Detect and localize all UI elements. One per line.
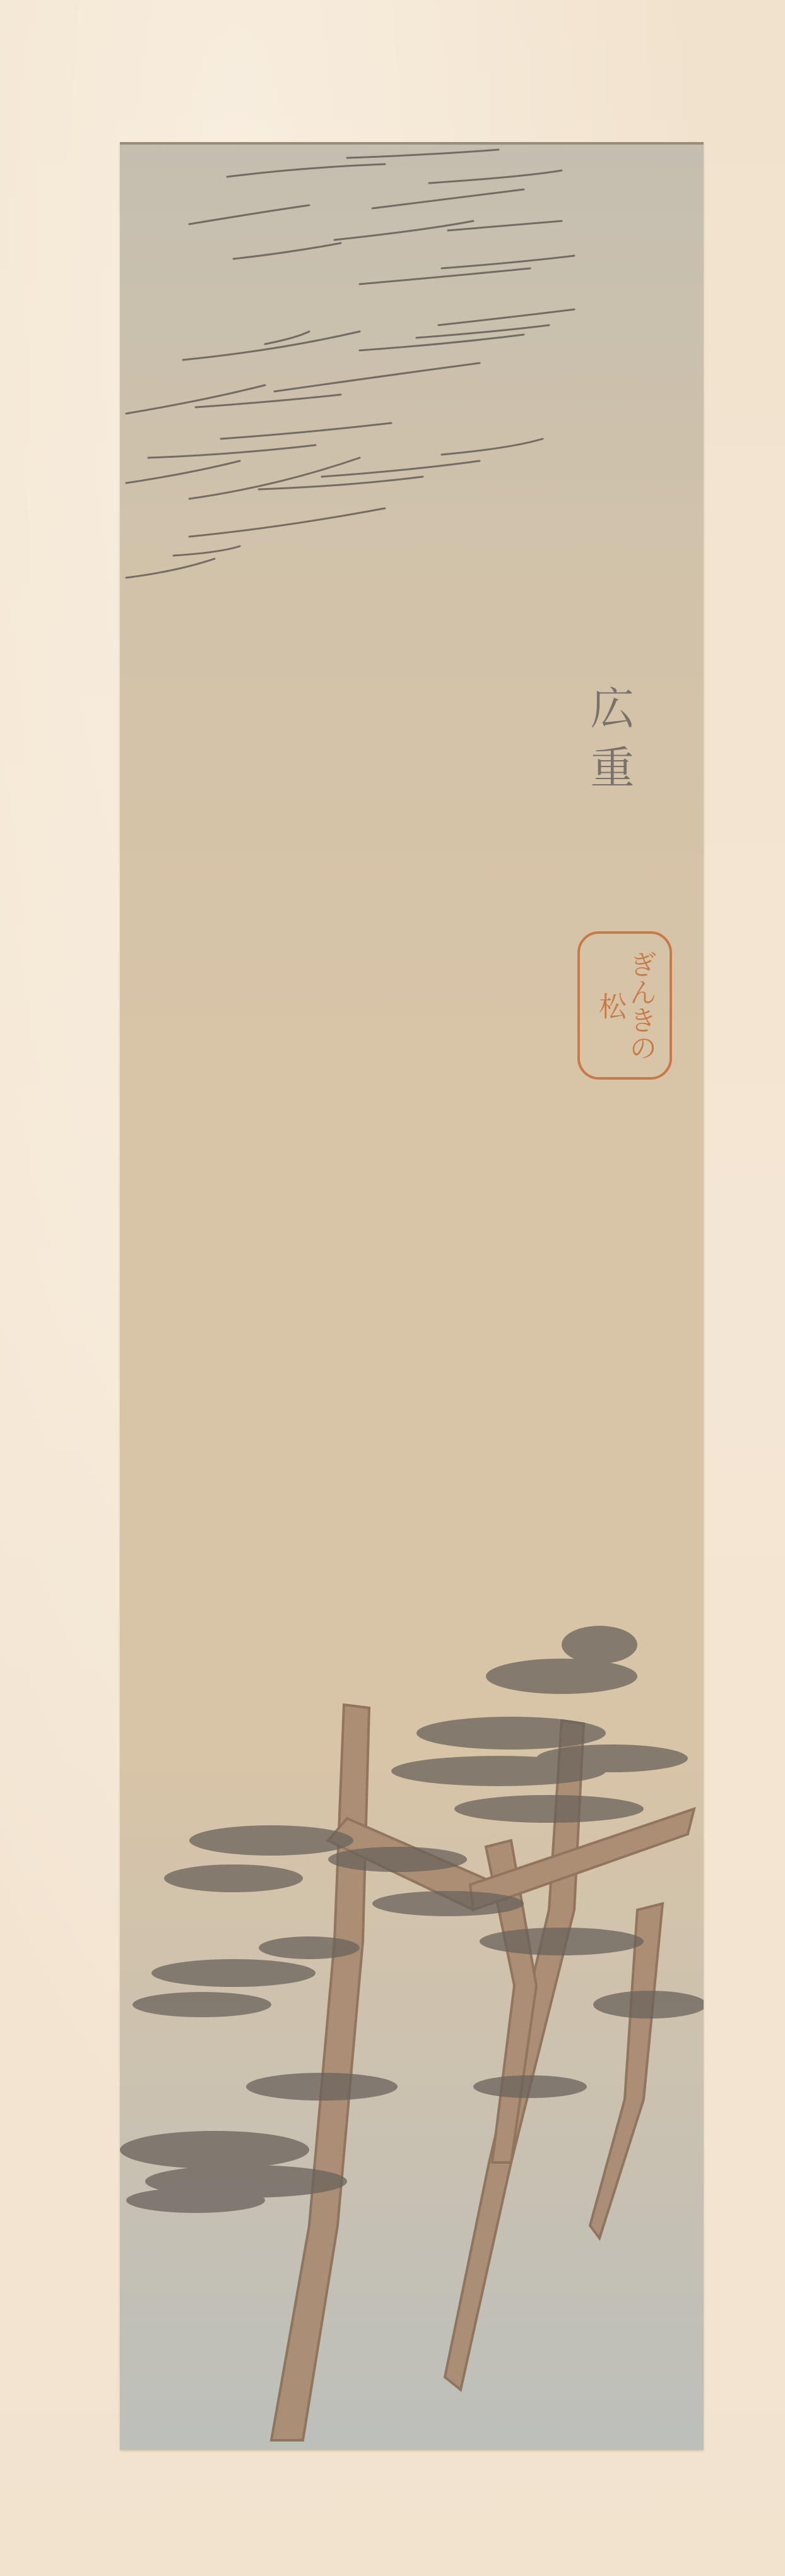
print-artwork: [120, 142, 704, 2450]
wind-streaks: [126, 150, 574, 578]
artist-signature: 広重: [574, 685, 631, 804]
woodblock-print: 広重 ぎんきの松: [120, 142, 704, 2450]
pine-foliage: [120, 1626, 704, 2213]
artist-seal: ぎんきの松: [577, 931, 672, 1080]
